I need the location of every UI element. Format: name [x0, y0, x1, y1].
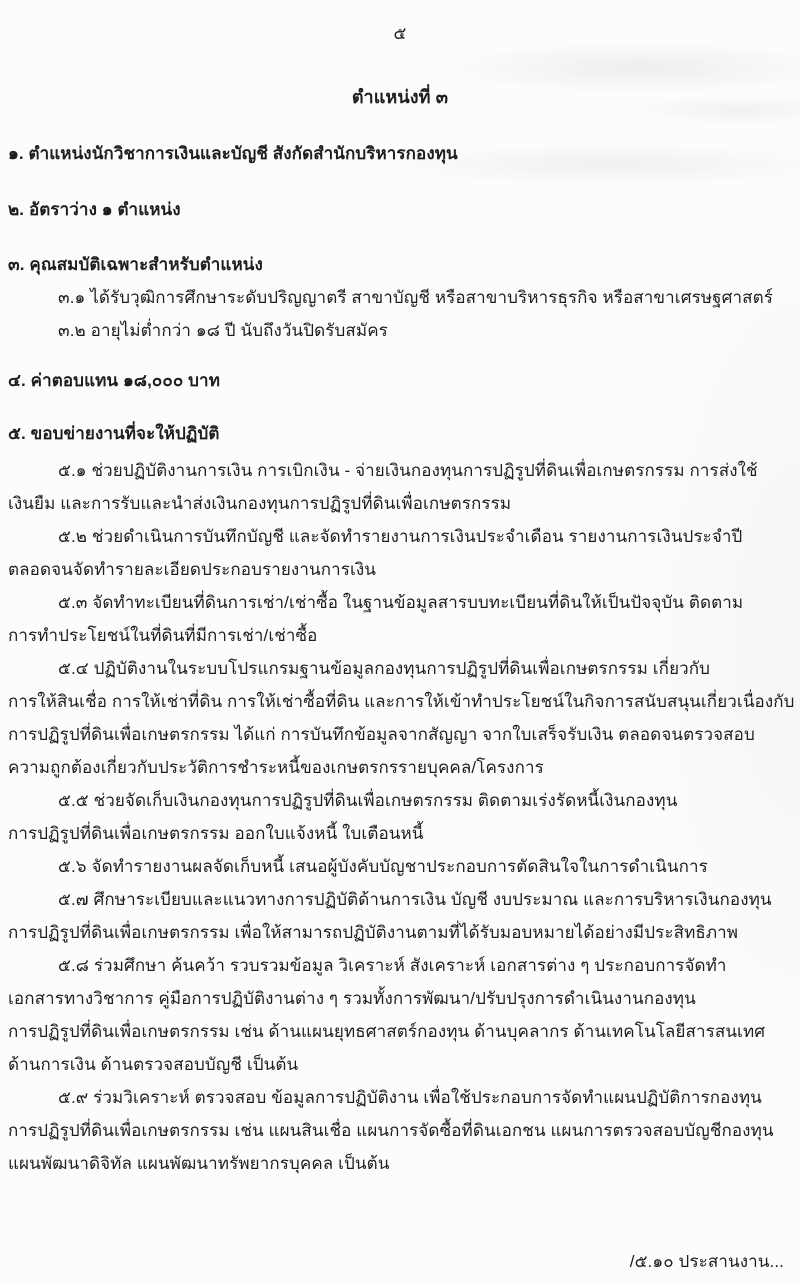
- scope-item-5-4-line-2: การให้สินเชื่อ การให้เช่าที่ดิน การให้เช…: [8, 688, 795, 715]
- scope-item-5-2-line-1: ๕.๒ ช่วยดำเนินการบันทึกบัญชี และจัดทำราย…: [58, 523, 742, 550]
- section-qualifications-heading: ๓. คุณสมบัติเฉพาะสำหรับตำแหน่ง: [8, 251, 263, 278]
- scope-item-5-3-line-1: ๕.๓ จัดทำทะเบียนที่ดินการเช่า/เช่าซื้อ ใ…: [58, 589, 743, 616]
- scope-item-5-8-line-2: เอกสารทางวิชาการ คู่มือการปฏิบัติงานต่าง…: [8, 985, 696, 1012]
- scope-item-5-9-line-3: แผนพัฒนาดิจิทัล แผนพัฒนาทรัพยากรบุคคล เป…: [8, 1150, 390, 1177]
- continuation-note: /๕.๑๐ ประสานงาน...: [630, 1248, 784, 1275]
- section-compensation-heading: ๔. ค่าตอบแทน ๑๘,๐๐๐ บาท: [8, 367, 220, 394]
- scope-item-5-9-line-2: การปฏิรูปที่ดินเพื่อเกษตรกรรม เช่น แผนสิ…: [8, 1117, 774, 1144]
- scope-item-5-8-line-3: การปฏิรูปที่ดินเพื่อเกษตรกรรม เช่น ด้านแ…: [8, 1018, 765, 1045]
- scope-item-5-8-line-1: ๕.๘ ร่วมศึกษา ค้นคว้า รวบรวมข้อมูล วิเคร…: [58, 952, 727, 979]
- scope-item-5-6-line-1: ๕.๖ จัดทำรายงานผลจัดเก็บหนี้ เสนอผู้บังค…: [58, 853, 708, 880]
- scope-item-5-9-line-1: ๕.๙ ร่วมวิเคราะห์ ตรวจสอบ ข้อมูลการปฏิบั…: [58, 1084, 762, 1111]
- scope-item-5-7-line-1: ๕.๗ ศึกษาระเบียบและแนวทางการปฏิบัติด้านก…: [58, 886, 772, 913]
- scope-item-5-1-line-2: เงินยืม และการรับและนำส่งเงินกองทุนการปฏ…: [8, 490, 511, 517]
- scope-item-5-4-line-1: ๕.๔ ปฏิบัติงานในระบบโปรแกรมฐานข้อมูลกองท…: [58, 655, 710, 682]
- scope-item-5-2-line-2: ตลอดจนจัดทำรายละเอียดประกอบรายงานการเงิน: [8, 556, 376, 583]
- page-title: ตำแหน่งที่ ๓: [0, 84, 800, 111]
- section-job-scope-heading: ๕. ขอบข่ายงานที่จะให้ปฏิบัติ: [8, 420, 219, 447]
- qualification-item-3-2: ๓.๒ อายุไม่ต่ำกว่า ๑๘ ปี นับถึงวันปิดรับ…: [58, 317, 388, 344]
- document-page: ๕ ตำแหน่งที่ ๓ ๑. ตำแหน่งนักวิชาการเงินแ…: [0, 0, 800, 1282]
- scope-item-5-7-line-2: การปฏิรูปที่ดินเพื่อเกษตรกรรม เพื่อให้สา…: [8, 919, 738, 946]
- scope-item-5-4-line-4: ความถูกต้องเกี่ยวกับประวัติการชำระหนี้ขอ…: [8, 754, 544, 781]
- scope-item-5-4-line-3: การปฏิรูปที่ดินเพื่อเกษตรกรรม ได้แก่ การ…: [8, 721, 755, 748]
- qualification-item-3-1: ๓.๑ ได้รับวุฒิการศึกษาระดับปริญญาตรี สาข…: [58, 284, 773, 311]
- scope-item-5-8-line-4: ด้านการเงิน ด้านตรวจสอบบัญชี เป็นต้น: [8, 1051, 298, 1078]
- section-vacancy-heading: ๒. อัตราว่าง ๑ ตำแหน่ง: [8, 196, 181, 223]
- scope-item-5-1-line-1: ๕.๑ ช่วยปฏิบัติงานการเงิน การเบิกเงิน - …: [58, 457, 758, 484]
- scope-item-5-3-line-2: การทำประโยชน์ในที่ดินที่มีการเช่า/เช่าซื…: [8, 622, 317, 649]
- scope-item-5-5-line-1: ๕.๕ ช่วยจัดเก็บเงินกองทุนการปฏิรูปที่ดิน…: [58, 787, 677, 814]
- section-position-heading: ๑. ตำแหน่งนักวิชาการเงินและบัญชี สังกัดส…: [8, 140, 458, 167]
- scope-item-5-5-line-2: การปฏิรูปที่ดินเพื่อเกษตรกรรม ออกใบแจ้งห…: [8, 820, 424, 847]
- page-number: ๕: [0, 20, 800, 47]
